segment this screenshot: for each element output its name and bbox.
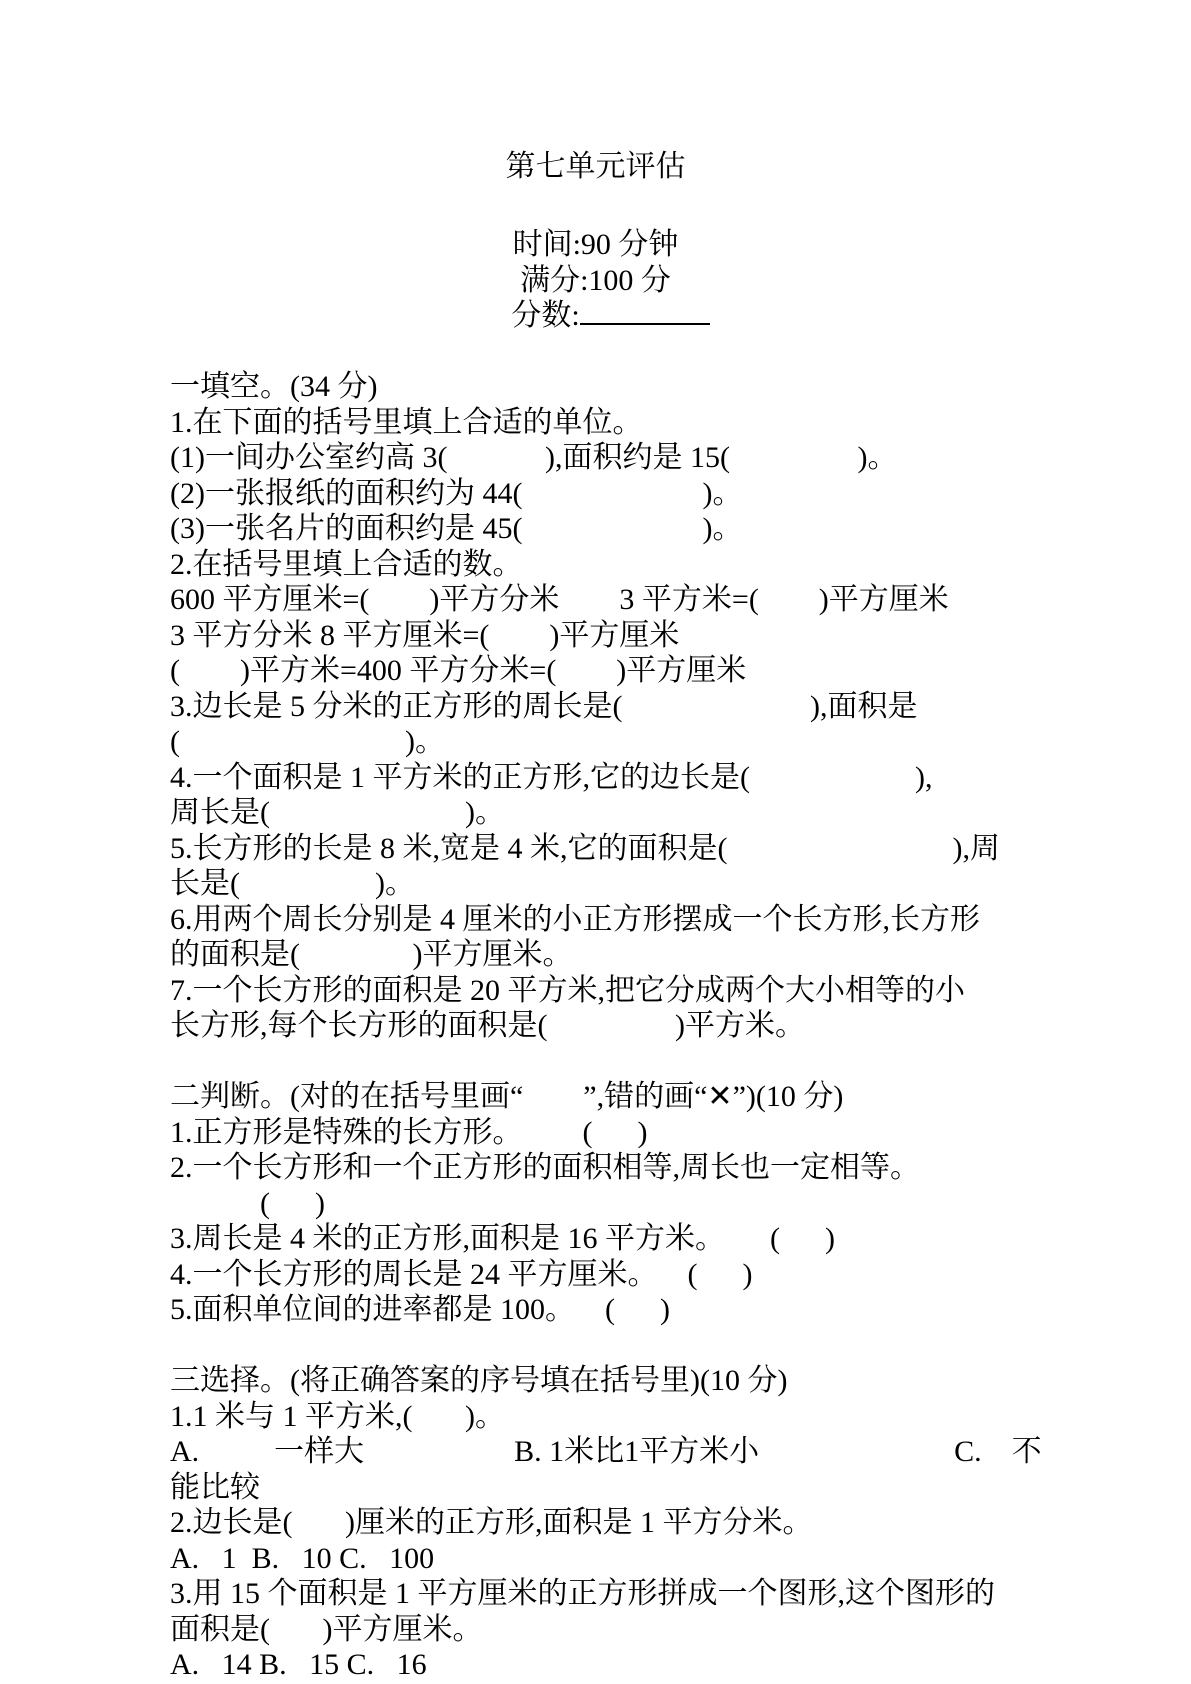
q1-sub1: (1)一间办公室约高 3( ),面积约是 15( )。 xyxy=(170,440,1021,476)
judge4: 4.一个长方形的周长是 24 平方厘米。 ( ) xyxy=(170,1257,1021,1293)
exam-time-label: 时间:90 分钟 xyxy=(513,228,679,261)
choice3-options: A. 14 B. 15 C. 16 xyxy=(170,1647,1021,1683)
choice2-options: A. 1 B. 10 C. 100 xyxy=(170,1541,1021,1577)
judge5: 5.面积单位间的进率都是 100。 ( ) xyxy=(170,1292,1021,1328)
q6-line2: 的面积是( )平方厘米。 xyxy=(170,937,1021,973)
section1-heading: 一填空。(34 分) xyxy=(170,369,1021,405)
choice1-stem: 1.1 米与 1 平方米,( )。 xyxy=(170,1399,1021,1435)
q3-line1: 3.边长是 5 分米的正方形的周长是( ),面积是 xyxy=(170,689,1021,725)
q1-sub2: (2)一张报纸的面积约为 44( )。 xyxy=(170,476,1021,512)
exam-full-score-label: 满分:100 分 xyxy=(520,264,671,297)
q2-stem: 2.在括号里填上合适的数。 xyxy=(170,547,1021,583)
choice2-stem: 2.边长是( )厘米的正方形,面积是 1 平方分米。 xyxy=(170,1505,1021,1541)
section-multiple-choice: 三选择。(将正确答案的序号填在括号里)(10 分) 1.1 米与 1 平方米,(… xyxy=(170,1363,1021,1683)
section3-heading: 三选择。(将正确答案的序号填在括号里)(10 分) xyxy=(170,1363,1021,1399)
q7-line2: 长方形,每个长方形的面积是( )平方米。 xyxy=(170,1008,1021,1044)
judge3: 3.周长是 4 米的正方形,面积是 16 平方米。 ( ) xyxy=(170,1221,1021,1257)
choice3-stem-line1: 3.用 15 个面积是 1 平方厘米的正方形拼成一个图形,这个图形的 xyxy=(170,1576,1021,1612)
section-fill-in-blanks: 一填空。(34 分) 1.在下面的括号里填上合适的单位。 (1)一间办公室约高 … xyxy=(170,369,1021,1044)
q3-line2: ( )。 xyxy=(170,724,1021,760)
test-paper-page: 第七单元评估 时间:90 分钟 满分:100 分 分数: 一填空。(34 分) … xyxy=(0,0,1191,1683)
judge2-line1: 2.一个长方形和一个正方形的面积相等,周长也一定相等。 xyxy=(170,1150,1021,1186)
section-true-false: 二判断。(对的在括号里画“ ”,错的画“✕”)(10 分) 1.正方形是特殊的长… xyxy=(170,1079,1021,1328)
q2-conversion-line1: 600 平方厘米=( )平方分米 3 平方米=( )平方厘米 xyxy=(170,582,1021,618)
choice1-options-line1: A. 一样大 B. 1米比1平方米小 C. 不 xyxy=(170,1434,1021,1470)
q1-sub3: (3)一张名片的面积约是 45( )。 xyxy=(170,511,1021,547)
q2-conversion-line2: 3 平方分米 8 平方厘米=( )平方厘米 xyxy=(170,618,1021,654)
q4-line1: 4.一个面积是 1 平方米的正方形,它的边长是( ), xyxy=(170,760,1021,796)
choice1-options-line2: 能比较 xyxy=(170,1470,1021,1506)
section2-heading: 二判断。(对的在括号里画“ ”,错的画“✕”)(10 分) xyxy=(170,1079,1021,1115)
judge1: 1.正方形是特殊的长方形。 ( ) xyxy=(170,1115,1021,1151)
exam-score-label: 分数: xyxy=(511,299,579,332)
q7-line1: 7.一个长方形的面积是 20 平方米,把它分成两个大小相等的小 xyxy=(170,973,1021,1009)
q6-line1: 6.用两个周长分别是 4 厘米的小正方形摆成一个长方形,长方形 xyxy=(170,902,1021,938)
page-title: 第七单元评估 xyxy=(170,149,1021,185)
score-blank xyxy=(580,299,710,325)
q5-line2: 长是( )。 xyxy=(170,866,1021,902)
q5-line1: 5.长方形的长是 8 米,宽是 4 米,它的面积是( ),周 xyxy=(170,831,1021,867)
q4-line2: 周长是( )。 xyxy=(170,795,1021,831)
q1-stem: 1.在下面的括号里填上合适的单位。 xyxy=(170,405,1021,441)
choice3-stem-line2: 面积是( )平方厘米。 xyxy=(170,1612,1021,1648)
exam-meta: 时间:90 分钟 满分:100 分 分数: xyxy=(170,192,1021,370)
judge2-line2: ( ) xyxy=(170,1186,1021,1222)
q2-conversion-line3: ( )平方米=400 平方分米=( )平方厘米 xyxy=(170,653,1021,689)
